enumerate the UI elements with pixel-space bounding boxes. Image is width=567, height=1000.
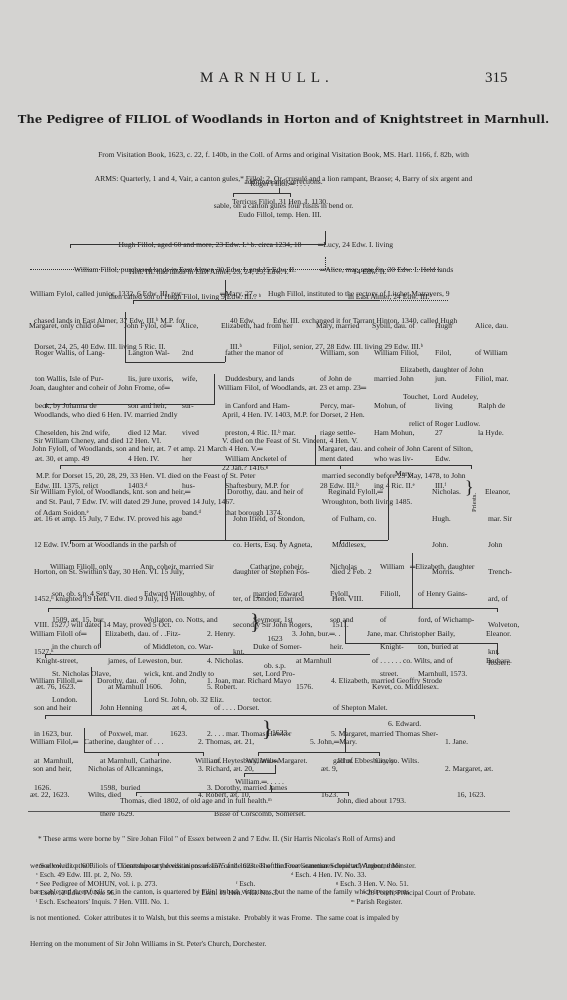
person-catharine-late: Catharine. — [140, 757, 171, 766]
person-william-margaret: William.═Margaret. — [246, 757, 307, 766]
footnote-b: ᵇ Contemporary deeds in possession of th… — [117, 862, 416, 871]
person-thomas-1802: Thomas, died 1802, of old age and in ful… — [120, 797, 272, 806]
sons-year: 1623. — [272, 729, 289, 738]
running-title: MARNHULL. — [200, 70, 334, 87]
person-terricus: Terricus Filiol, 31 Hen. I. 1130. — [130, 198, 430, 207]
pedigree-title: The Pedigree of FILIOL of Woodlands in H… — [0, 112, 567, 126]
person-william-late: William. — [195, 757, 221, 766]
footnote-m: ᵐ Parish Register. — [351, 898, 402, 907]
brace: } — [250, 610, 261, 634]
person-eudo: Eudo Fillol, temp. Hen. III. — [130, 211, 430, 220]
person-edward: 6. Edward. — [388, 720, 421, 729]
person-hugh-fillol-rector: Hugh Fillol, instituted to the rectory o… — [268, 272, 457, 361]
person-robert: Robert. — [488, 659, 511, 668]
person-william-filol-aet-22: William Filol,═ son and heir, æt. 22, 16… — [30, 720, 78, 809]
person-mary-3: Mary. — [395, 470, 413, 479]
brace: } — [465, 478, 474, 496]
footnote-i: ⁱ Esch. 19 Hen. VIII. No. 3. — [198, 889, 278, 898]
footnote-l: ˡ Esch. Escheators' Inquis. 7 Hen. VIII.… — [36, 898, 169, 907]
person-roger-filiol: Roger Filiol.═ . . . . — [180, 180, 380, 189]
page-number: 315 — [485, 70, 508, 87]
person-john-late: John. — [337, 757, 353, 766]
person-john-aet-4: John, æt 4, 1623. — [170, 659, 187, 748]
person-john-1793: John, died about 1793. — [337, 797, 406, 806]
brace: } — [262, 717, 273, 741]
daughters-jane-margaret: 1. Jane. 2. Margaret, æt. 16, 1623. — [445, 720, 493, 809]
cross-mark: + — [255, 595, 261, 604]
person-william-last: William.═. . . . . — [235, 778, 284, 787]
person-cicely: Cicely. — [375, 757, 396, 766]
